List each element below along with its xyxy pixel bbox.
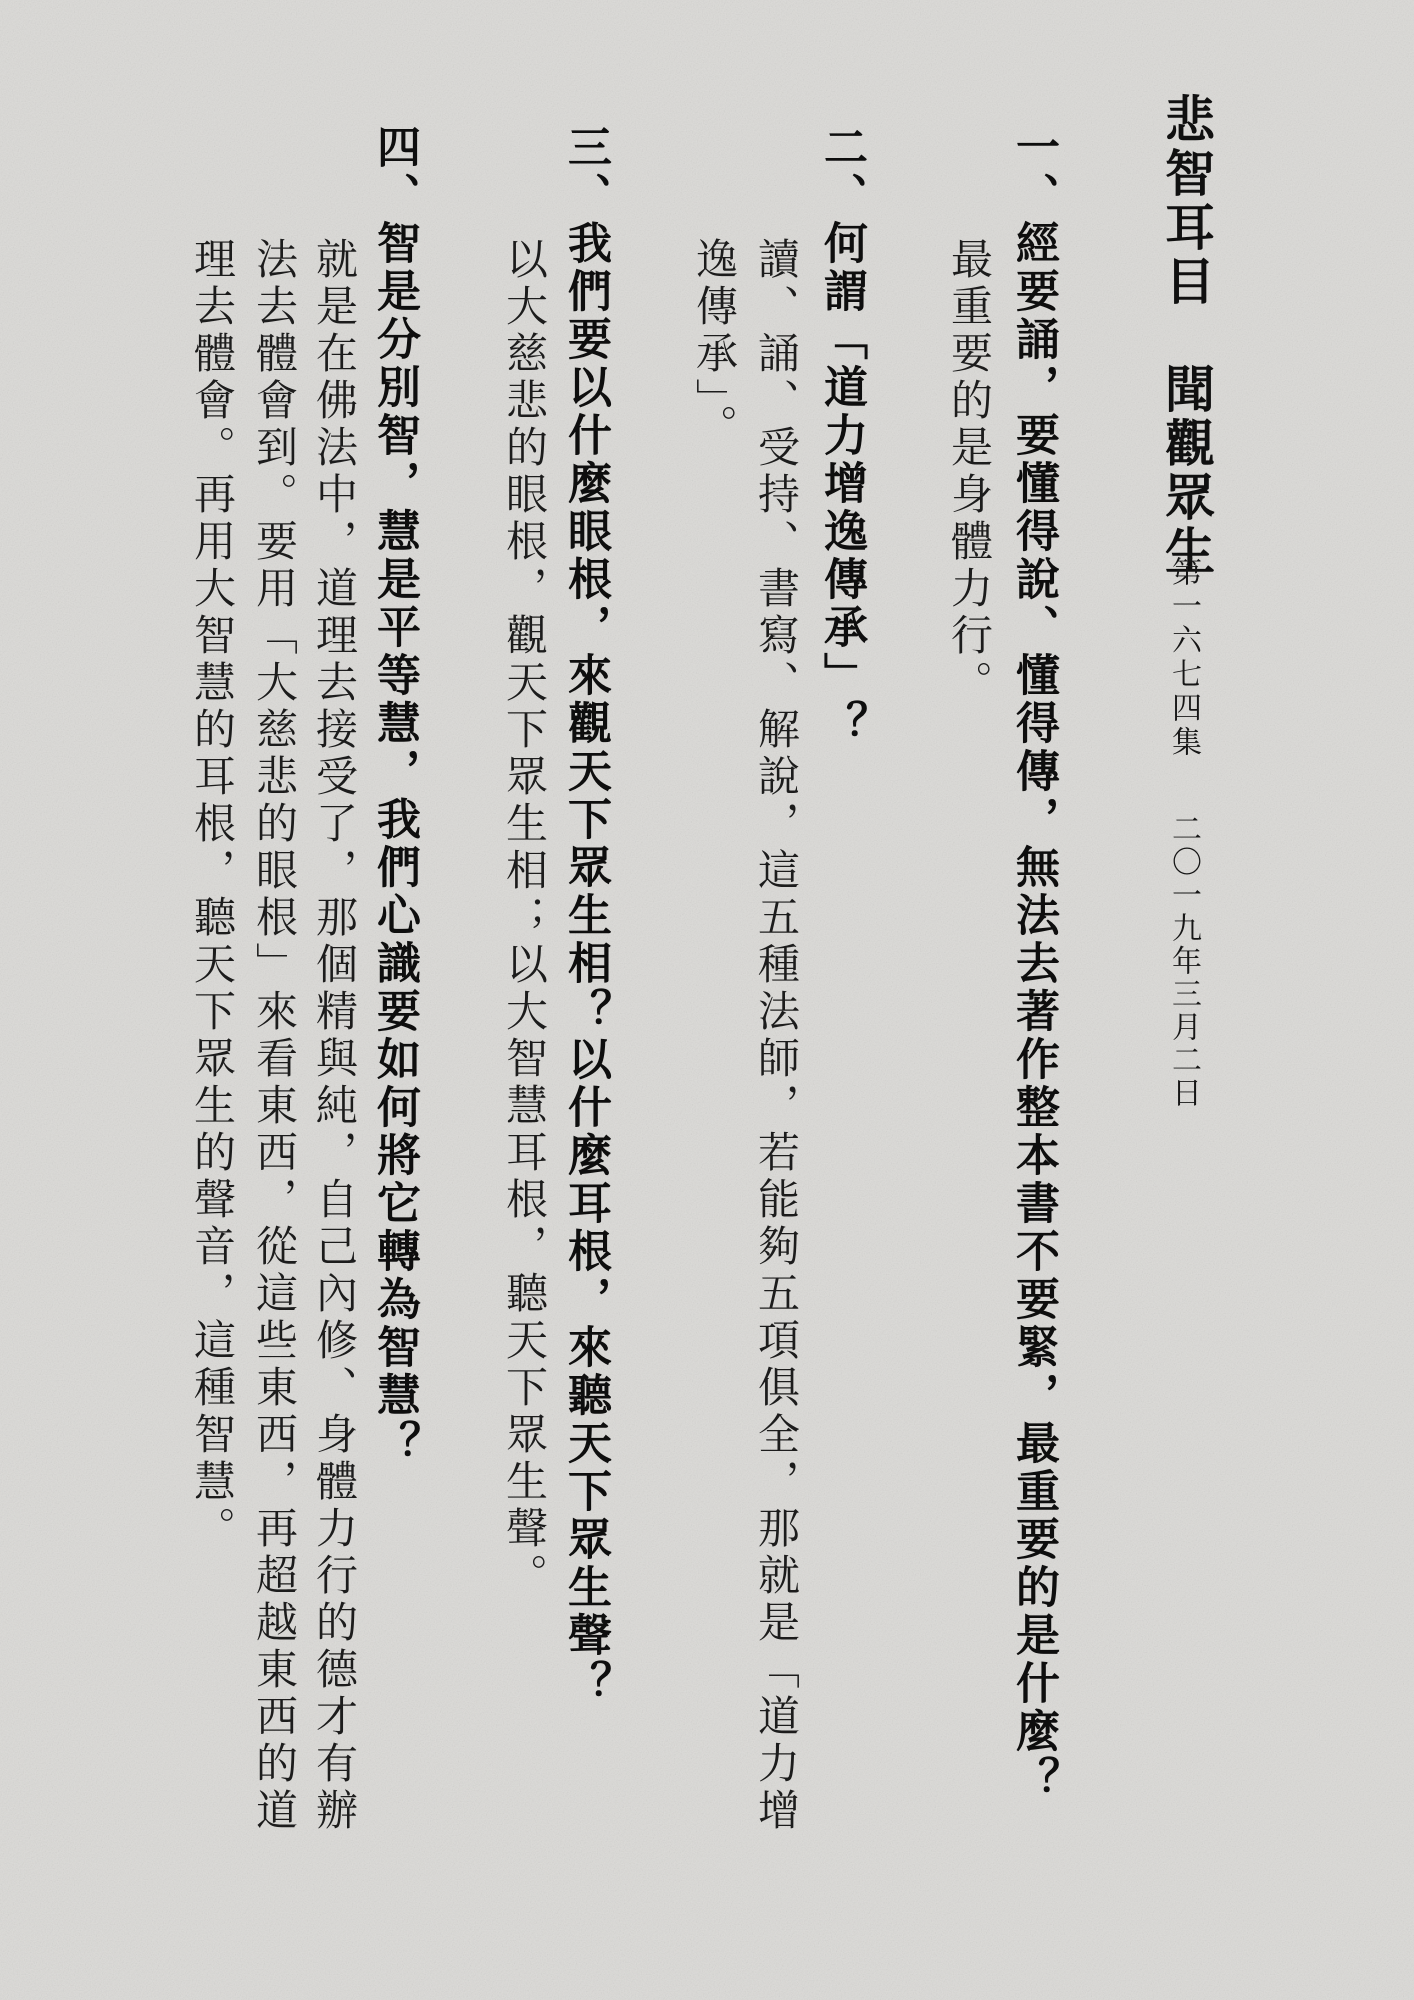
episode-number: 第一六七四集 bbox=[1168, 556, 1198, 760]
section-1-body-column: 最重要的是身體力行。 bbox=[947, 237, 989, 707]
section-4-body-column: 法去體會到。要用「大慈悲的眼根」來看東西，從這些東西，再超越東西的道 bbox=[252, 237, 294, 1835]
scanned-document-page: 悲智耳目 聞觀眾生 第一六七四集 二〇一九年三月二日 一、經要誦，要懂得說、懂得… bbox=[0, 0, 1414, 2000]
document-title: 悲智耳目 聞觀眾生 bbox=[1161, 93, 1211, 579]
section-4-heading: 四、智是分別智，慧是平等慧，我們心識要如何將它轉為智慧？ bbox=[372, 124, 416, 1468]
section-2-heading: 二、何謂「道力增逸傳承」？ bbox=[819, 124, 863, 748]
section-4-body-column: 就是在佛法中，道理去接受了，那個精與純，自己內修、身體力行的德才有辦 bbox=[312, 237, 354, 1835]
section-2-body-column: 逸傳承」。 bbox=[692, 237, 734, 451]
section-3-body-column: 以大慈悲的眼根，觀天下眾生相；以大智慧耳根，聽天下眾生聲。 bbox=[502, 237, 544, 1600]
section-4-body-column: 理去體會。再用大智慧的耳根，聽天下眾生的聲音，這種智慧。 bbox=[190, 237, 232, 1553]
broadcast-date: 二〇一九年三月二日 bbox=[1168, 813, 1198, 1110]
section-1-heading: 一、經要誦，要懂得說、懂得傳，無法去著作整本書不要緊，最重要的是什麼？ bbox=[1011, 124, 1055, 1804]
section-2-body-column: 讀、誦、受持、書寫、解說，這五種法師，若能夠五項俱全，那就是「道力增 bbox=[754, 237, 796, 1835]
section-3-heading: 三、我們要以什麼眼根，來觀天下眾生相？以什麼耳根，來聽天下眾生聲？ bbox=[563, 124, 607, 1708]
